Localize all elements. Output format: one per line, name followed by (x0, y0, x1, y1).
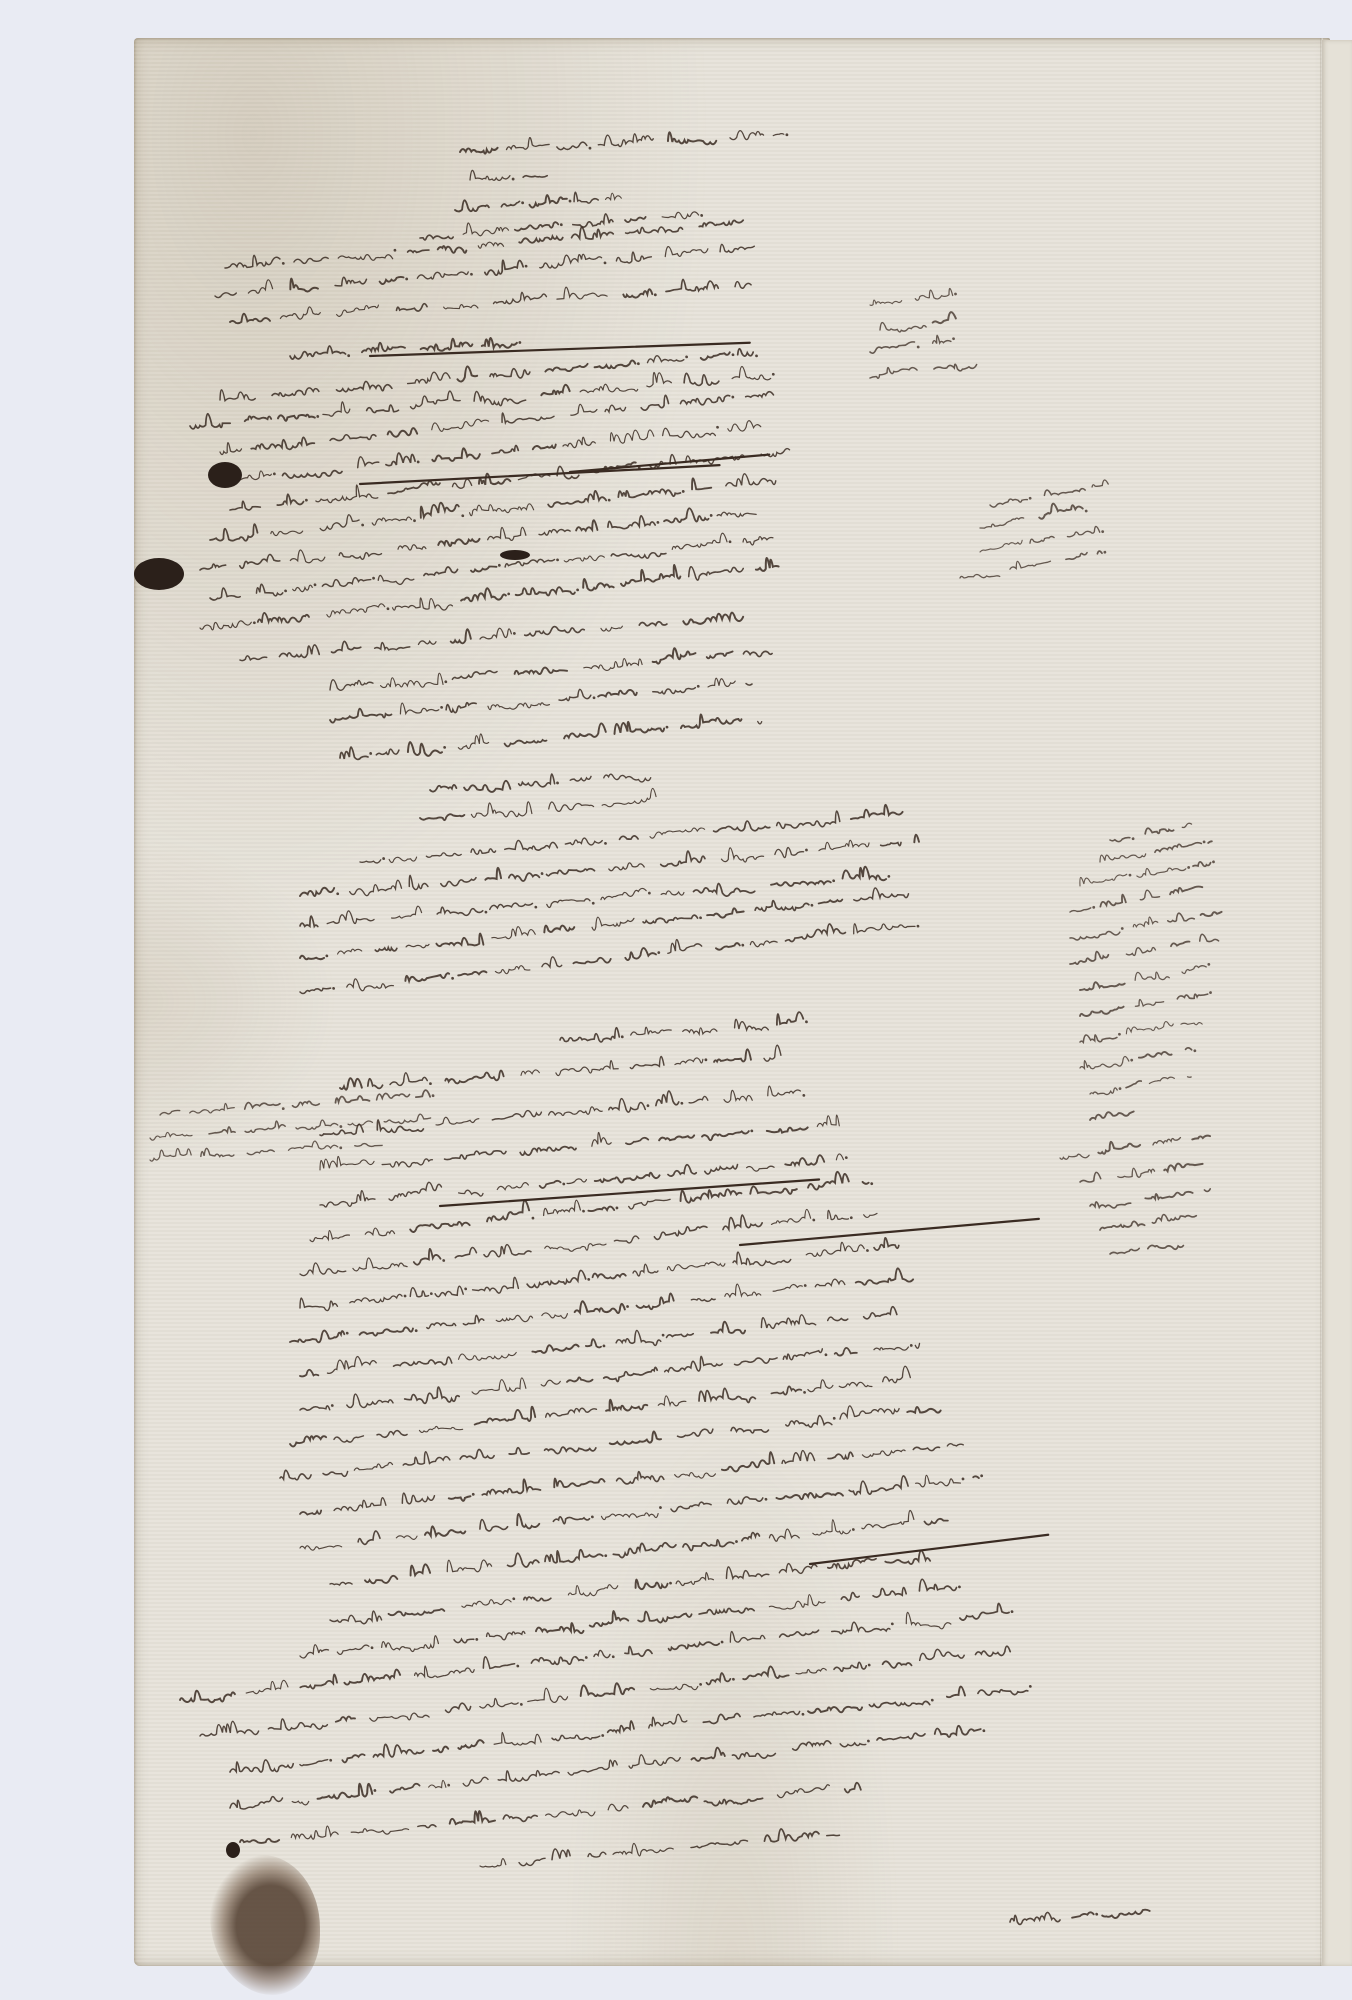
handwritten-line (978, 498, 1088, 531)
handwritten-line (299, 914, 920, 997)
handwritten-line (1079, 960, 1212, 994)
handwritten-line (339, 709, 762, 763)
handwritten-line (229, 274, 751, 326)
handwritten-line (209, 468, 777, 545)
handwritten-line (219, 341, 758, 405)
handwritten-line (1110, 1241, 1184, 1258)
handwritten-line (869, 287, 957, 309)
handwritten-line (459, 124, 788, 157)
handwritten-line (239, 415, 761, 486)
handwritten-line (299, 1235, 899, 1314)
handwritten-line (879, 312, 957, 335)
handwritten-line (1079, 854, 1216, 889)
handwritten-line (470, 166, 548, 182)
handwritten-line (329, 673, 752, 726)
handwritten-line (869, 355, 977, 383)
handwritten-line (299, 1465, 984, 1555)
strikeout-line (360, 465, 720, 484)
handwritten-line (179, 1601, 1015, 1708)
strikeout-line (740, 1219, 1039, 1245)
handwritten-line (419, 788, 657, 823)
handwritten-line (219, 384, 774, 457)
handwritten-line (239, 1778, 861, 1848)
strikeout-line (570, 455, 769, 472)
handwritten-line (329, 1546, 931, 1627)
handwritten-line (299, 831, 919, 902)
handwritten-line (1069, 905, 1223, 943)
handwritten-line (290, 335, 522, 360)
ink-blot (226, 1842, 240, 1858)
handwritten-line (149, 1110, 430, 1141)
handwritten-line (199, 1640, 1011, 1742)
handwritten-line (299, 1575, 962, 1664)
handwritten-line (1090, 1186, 1211, 1211)
handwritten-line (1079, 1015, 1202, 1046)
handwritten-line (308, 1164, 873, 1244)
handwritten-line (189, 362, 775, 433)
handwritten-line (289, 1366, 912, 1451)
handwritten-line (1010, 1905, 1150, 1925)
handwritten-line (1099, 1210, 1197, 1231)
handwritten-line (989, 479, 1109, 507)
handwritten-line (1079, 987, 1212, 1018)
handwritten-line (429, 767, 650, 797)
handwritten-line (559, 1012, 808, 1045)
handwritten-line (869, 333, 956, 355)
handwritten-line (1069, 930, 1219, 967)
handwritten-line (299, 864, 891, 934)
handwritten-line (359, 803, 903, 867)
handwritten-line (224, 213, 744, 274)
handwritten-line (339, 1045, 781, 1092)
handwritten-line (299, 885, 909, 964)
handwritten-line (209, 528, 774, 604)
handwritten-line (979, 525, 1104, 554)
handwritten-line (1079, 1041, 1197, 1073)
handwritten-line (329, 1507, 949, 1589)
handwritten-line (479, 1824, 840, 1870)
handwritten-line (329, 640, 772, 695)
handwritten-line (299, 1300, 898, 1383)
handwritten-line (1109, 821, 1192, 844)
ink-blot (500, 550, 530, 560)
handwritten-line (299, 1432, 964, 1520)
handwritten-line (229, 1677, 1033, 1779)
handwritten-line (199, 501, 757, 576)
handwritten-line (319, 1146, 848, 1210)
handwritten-line (289, 1266, 914, 1348)
handwritten-line (1059, 1128, 1211, 1161)
handwritten-line (1079, 1158, 1203, 1186)
handwritten-line (454, 189, 621, 213)
handwritten-line (319, 1112, 840, 1175)
handwritten-line (1069, 881, 1203, 913)
ink-blot (208, 462, 242, 488)
ink-blot (134, 558, 184, 590)
handwritten-line (319, 1079, 806, 1140)
handwritten-line (149, 1134, 382, 1162)
handwriting-layer (0, 0, 1352, 2000)
handwritten-line (1089, 1072, 1191, 1097)
handwritten-line (1089, 1108, 1134, 1122)
handwritten-line (160, 1089, 435, 1119)
